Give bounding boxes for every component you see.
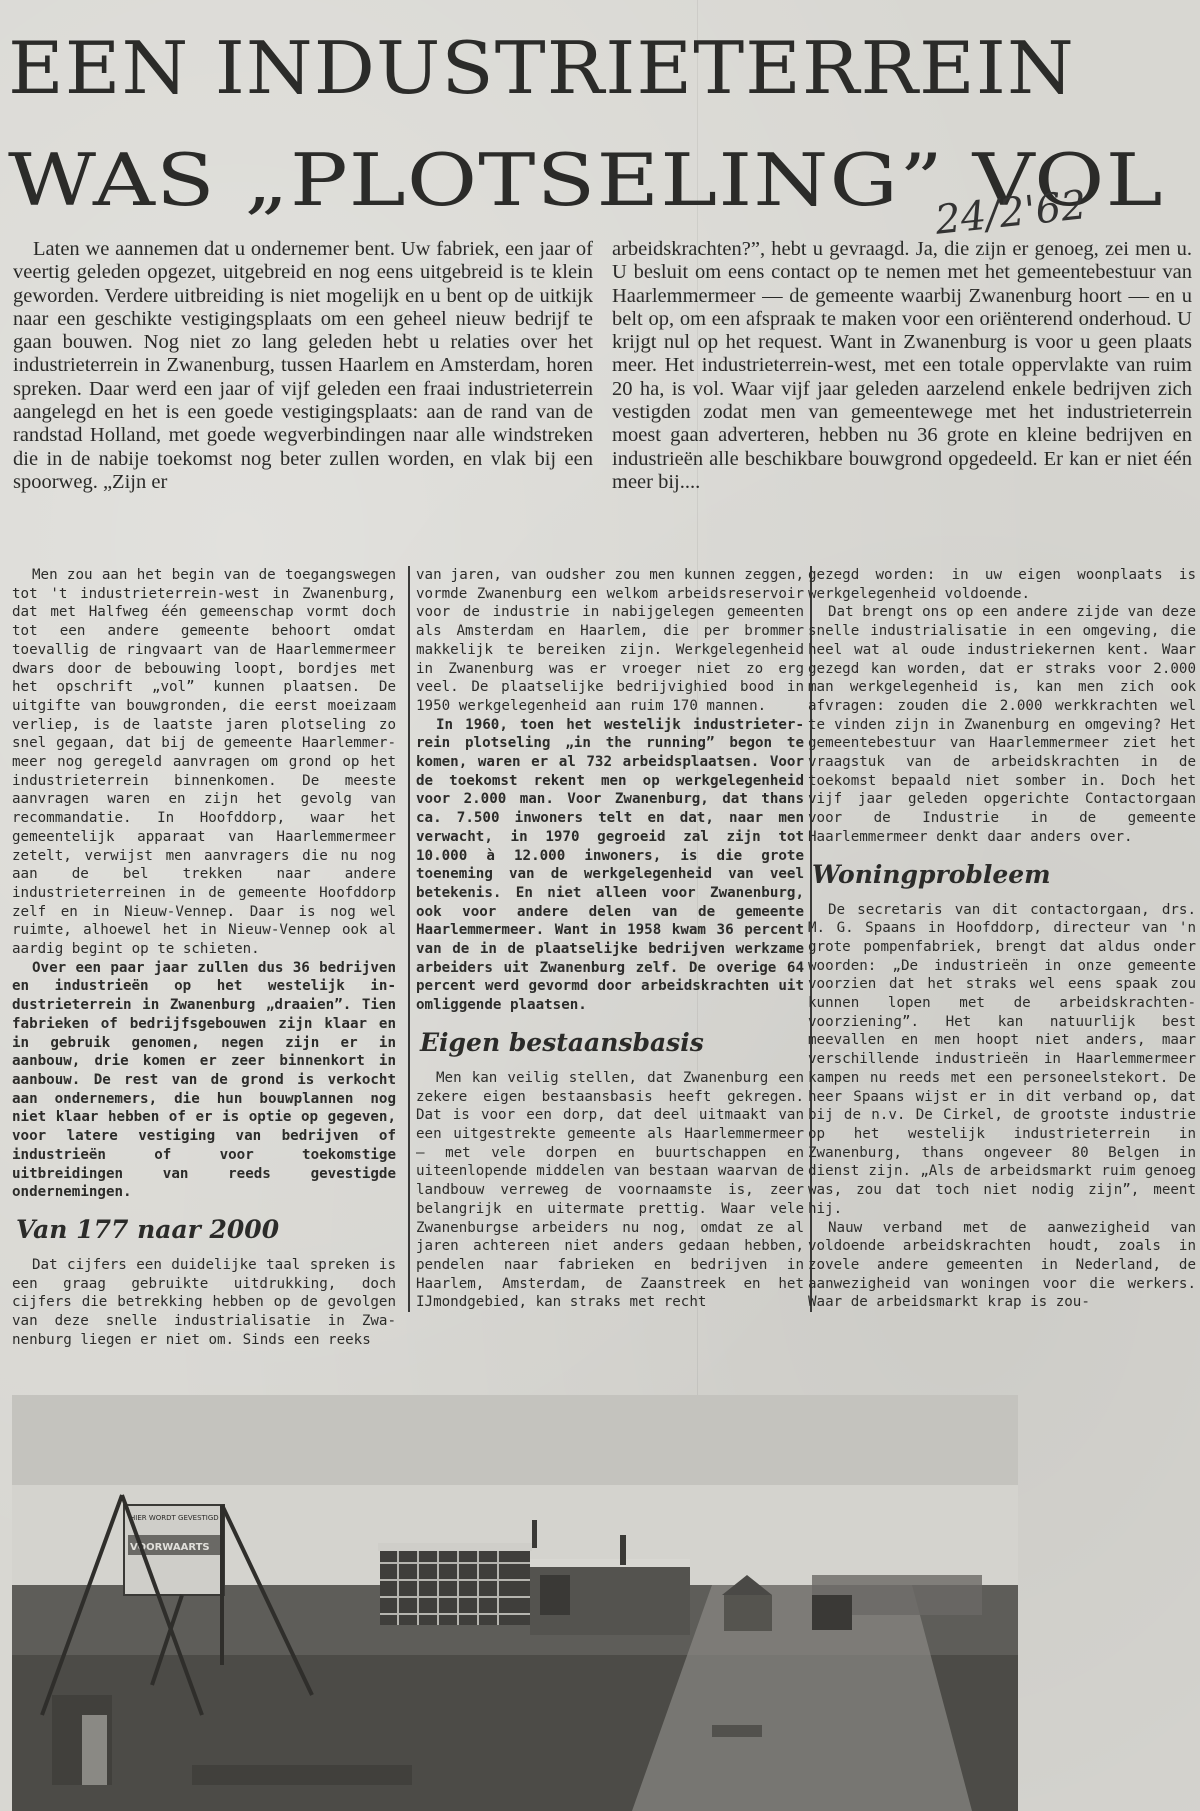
subheading-van-177-naar-2000: Van 177 naar 2000: [16, 1210, 396, 1250]
paragraph: van jaren, van oudsher zou men kunnen ze…: [416, 566, 804, 716]
article-column-3: gezegd worden: in uw eigen woonplaats is…: [808, 566, 1196, 1312]
lede-paragraph-left: Laten we aannemen dat u ondernemer bent.…: [13, 238, 593, 494]
paragraph-bold: In 1960, toen het westelijk industrieter…: [416, 716, 804, 1015]
photo-illustration: HIER WORDT GEVESTIGD VOORWAARTS: [12, 1395, 1018, 1811]
article-column-1: Men zou aan het begin van de toegangs­we…: [12, 566, 396, 1349]
subheading-woningprobleem: Woningprobleem: [812, 855, 1196, 895]
paragraph: Dat brengt ons op een andere zijde van d…: [808, 603, 1196, 846]
lede-left: Laten we aannemen dat u ondernemer bent.…: [13, 238, 593, 494]
newspaper-page: EEN INDUSTRIETERREIN WAS „PLOTSELING” VO…: [0, 0, 1200, 1811]
headline-line-1: EEN INDUSTRIETERREIN: [8, 12, 1200, 124]
paragraph-bold: Over een paar jaar zullen dus 36 be­drij…: [12, 959, 396, 1202]
paragraph: Men kan veilig stellen, dat Zwanenburg e…: [416, 1069, 804, 1312]
subheading-eigen-bestaansbasis: Eigen bestaansbasis: [420, 1023, 804, 1063]
paragraph: gezegd worden: in uw eigen woonplaats is…: [808, 566, 1196, 603]
paragraph: Dat cijfers een duidelijke taal spreken …: [12, 1256, 396, 1350]
paragraph: De secretaris van dit contactorgaan, drs…: [808, 901, 1196, 1219]
lede-right: arbeidskrachten?”, hebt u gevraagd. Ja, …: [612, 238, 1192, 494]
paragraph: Men zou aan het begin van de toegangs­we…: [12, 566, 396, 959]
svg-text:HIER WORDT GEVESTIGD: HIER WORDT GEVESTIGD: [130, 1514, 219, 1522]
lede-paragraph-right: arbeidskrachten?”, hebt u gevraagd. Ja, …: [612, 238, 1192, 494]
news-photo-construction-site: HIER WORDT GEVESTIGD VOORWAARTS: [12, 1395, 1018, 1811]
article-column-2: van jaren, van oudsher zou men kunnen ze…: [408, 566, 812, 1312]
paragraph: Nauw verband met de aanwezigheid van vol…: [808, 1219, 1196, 1313]
